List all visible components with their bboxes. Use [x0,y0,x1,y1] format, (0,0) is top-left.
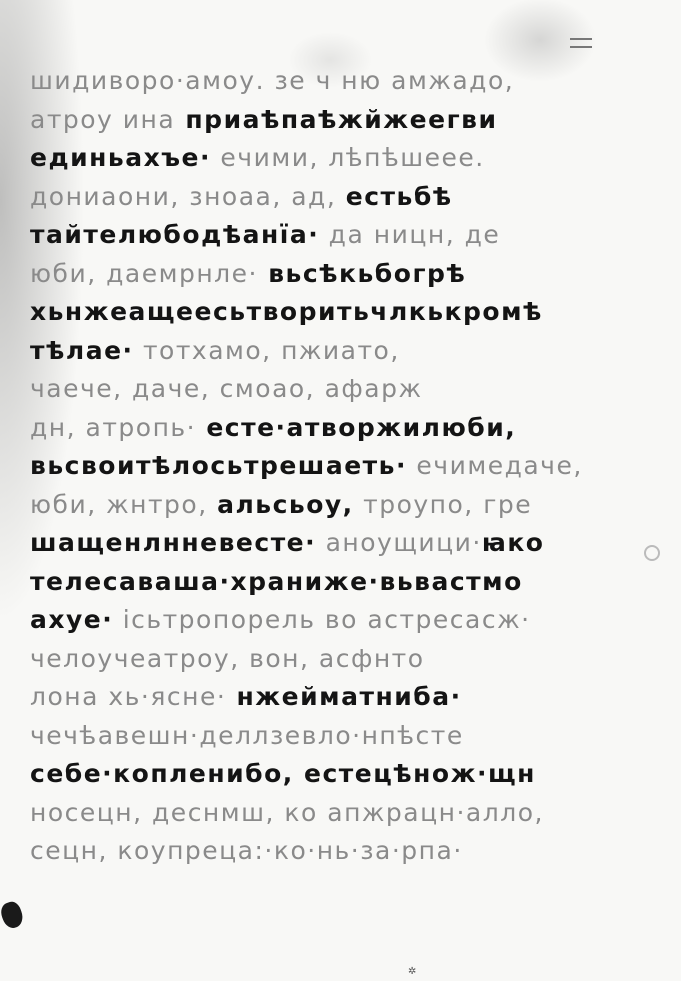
dark-ink-text: вьсвоитѣлосьтрешаеть· [30,451,407,480]
manuscript-line: юби, даемрнле· вьсѣкьбогрѣ [30,255,650,294]
manuscript-line: шащенлнневесте· аноущици·ꙗко [30,524,650,563]
faded-ink-text: носецн, деснмш, ко апжрацн·алло, [30,798,544,827]
manuscript-line: ахуе· ісьтропорель во астресасж· [30,601,650,640]
dark-ink-text: ꙗко [482,528,545,557]
faded-ink-text: ечимедаче, [407,451,583,480]
manuscript-line: телесаваша·храниже·вьвастмо [30,563,650,602]
manuscript-line: чечѣавешн·деллзевло·нпѣсте [30,717,650,756]
manuscript-line: дн, атропь· есте·атворжилюби, [30,409,650,448]
manuscript-line: сецн, коупреца:·ко·нь·за·рпа· [30,832,650,871]
dark-ink-text: хьнжеащеесьтворитьчлкькромѣ [30,297,543,326]
manuscript-line: себе·копленибо, естецѣнож·щн [30,755,650,794]
faded-ink-text: зе ч ню амжадо, [265,66,514,95]
faded-ink-text: дн, атропь· [30,413,196,442]
dark-ink-text: единьахъе· [30,143,211,172]
dark-ink-text: альсьоу, [217,490,354,519]
manuscript-page: ✲ шидиворо·амоу. зе ч ню амжадо,атроу ин… [0,0,681,981]
faded-ink-text: да ницн, де [319,220,500,249]
dark-ink-text: есте·атворжилюби, [196,413,516,442]
dark-ink-text: себе·копленибо, естецѣнож·щн [30,759,536,788]
faded-ink-text: чаече, даче, смоао, афарж [30,374,422,403]
manuscript-line: тѣлае· тотхамо, пжиато, [30,332,650,371]
dark-ink-text: естьбѣ [346,182,453,211]
manuscript-line: чаече, даче, смоао, афарж [30,370,650,409]
manuscript-line: единьахъе· ечими, лѣпѣшеее. [30,139,650,178]
faded-ink-text: лона хь·ясне· [30,682,226,711]
manuscript-line: лона хь·ясне· нжейматниба· [30,678,650,717]
manuscript-line: атроу ина приаѣпаѣжйжеегви [30,101,650,140]
manuscript-line: хьнжеащеесьтворитьчлкькромѣ [30,293,650,332]
faded-ink-text: шидиворо·амоу. [30,66,265,95]
faded-ink-text: ісьтропорель во астресасж· [113,605,530,634]
manuscript-line: тайтелюбодѣанїа· да ницн, де [30,216,650,255]
faded-ink-text: тотхамо, пжиато, [134,336,400,365]
dark-ink-text: приаѣпаѣжйжеегви [175,105,497,134]
dark-ink-text: тѣлае· [30,336,134,365]
dark-ink-text: тайтелюбодѣанїа· [30,220,319,249]
faded-ink-text: троупо, гре [354,490,532,519]
faded-ink-text: чечѣавешн·деллзевло·нпѣсте [30,721,464,750]
manuscript-line: дониаони, зноаа, ад, естьбѣ [30,178,650,217]
faded-ink-text: сецн, коупреца:·ко·нь·за·рпа· [30,836,463,865]
bottom-mark: ✲ [408,966,416,977]
dark-ink-text: ахуе· [30,605,113,634]
faded-ink-text: дониаони, зноаа, ад, [30,182,346,211]
faded-ink-text: атроу ина [30,105,175,134]
faded-ink-text: юби, жнтро, [30,490,217,519]
manuscript-line: вьсвоитѣлосьтрешаеть· ечимедаче, [30,447,650,486]
manuscript-line: шидиворо·амоу. зе ч ню амжадо, [30,62,650,101]
faded-ink-text: аноущици· [316,528,482,557]
faded-ink-text: ечими, лѣпѣшеее. [211,143,485,172]
faded-ink-text: челоучеатроу, вон, асфнто [30,644,425,673]
faded-ink-text: юби, даемрнле· [30,259,258,288]
dark-ink-text: телесаваша·храниже·вьвастмо [30,567,523,596]
dark-ink-text: вьсѣкьбогрѣ [258,259,466,288]
manuscript-text-block: шидиворо·амоу. зе ч ню амжадо,атроу ина … [30,62,650,871]
dark-ink-text: шащенлнневесте· [30,528,316,557]
dark-ink-text: нжейматниба· [226,682,461,711]
margin-mark [570,38,592,48]
ink-blot [0,899,26,930]
manuscript-line: челоучеатроу, вон, асфнто [30,640,650,679]
manuscript-line: носецн, деснмш, ко апжрацн·алло, [30,794,650,833]
manuscript-line: юби, жнтро, альсьоу, троупо, гре [30,486,650,525]
